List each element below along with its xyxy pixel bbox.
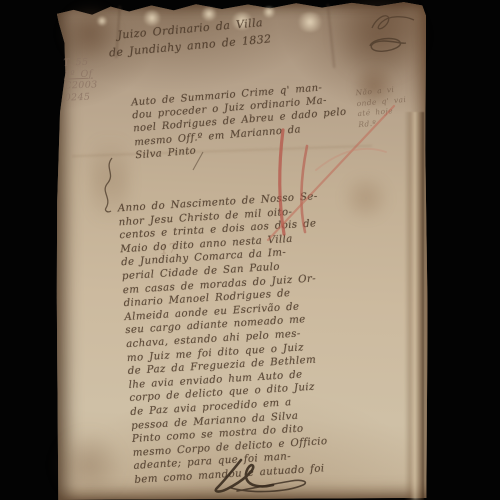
manuscript-photo: Juizo Ordinario da Villade Jundiahy anno…: [0, 0, 500, 500]
archival-marks: T 551º OfC20030245: [63, 56, 98, 103]
archival-mark-line: 0245: [64, 91, 98, 104]
body-text: Anno do Nascimento de Nosso Se-nhor Jesu…: [117, 190, 334, 487]
margin-note: Não a vionde q' vaiaté hojeRd.º: [355, 84, 408, 130]
underlying-sheet-edge: [404, 112, 424, 500]
archival-mark-line: C2003: [64, 79, 98, 92]
